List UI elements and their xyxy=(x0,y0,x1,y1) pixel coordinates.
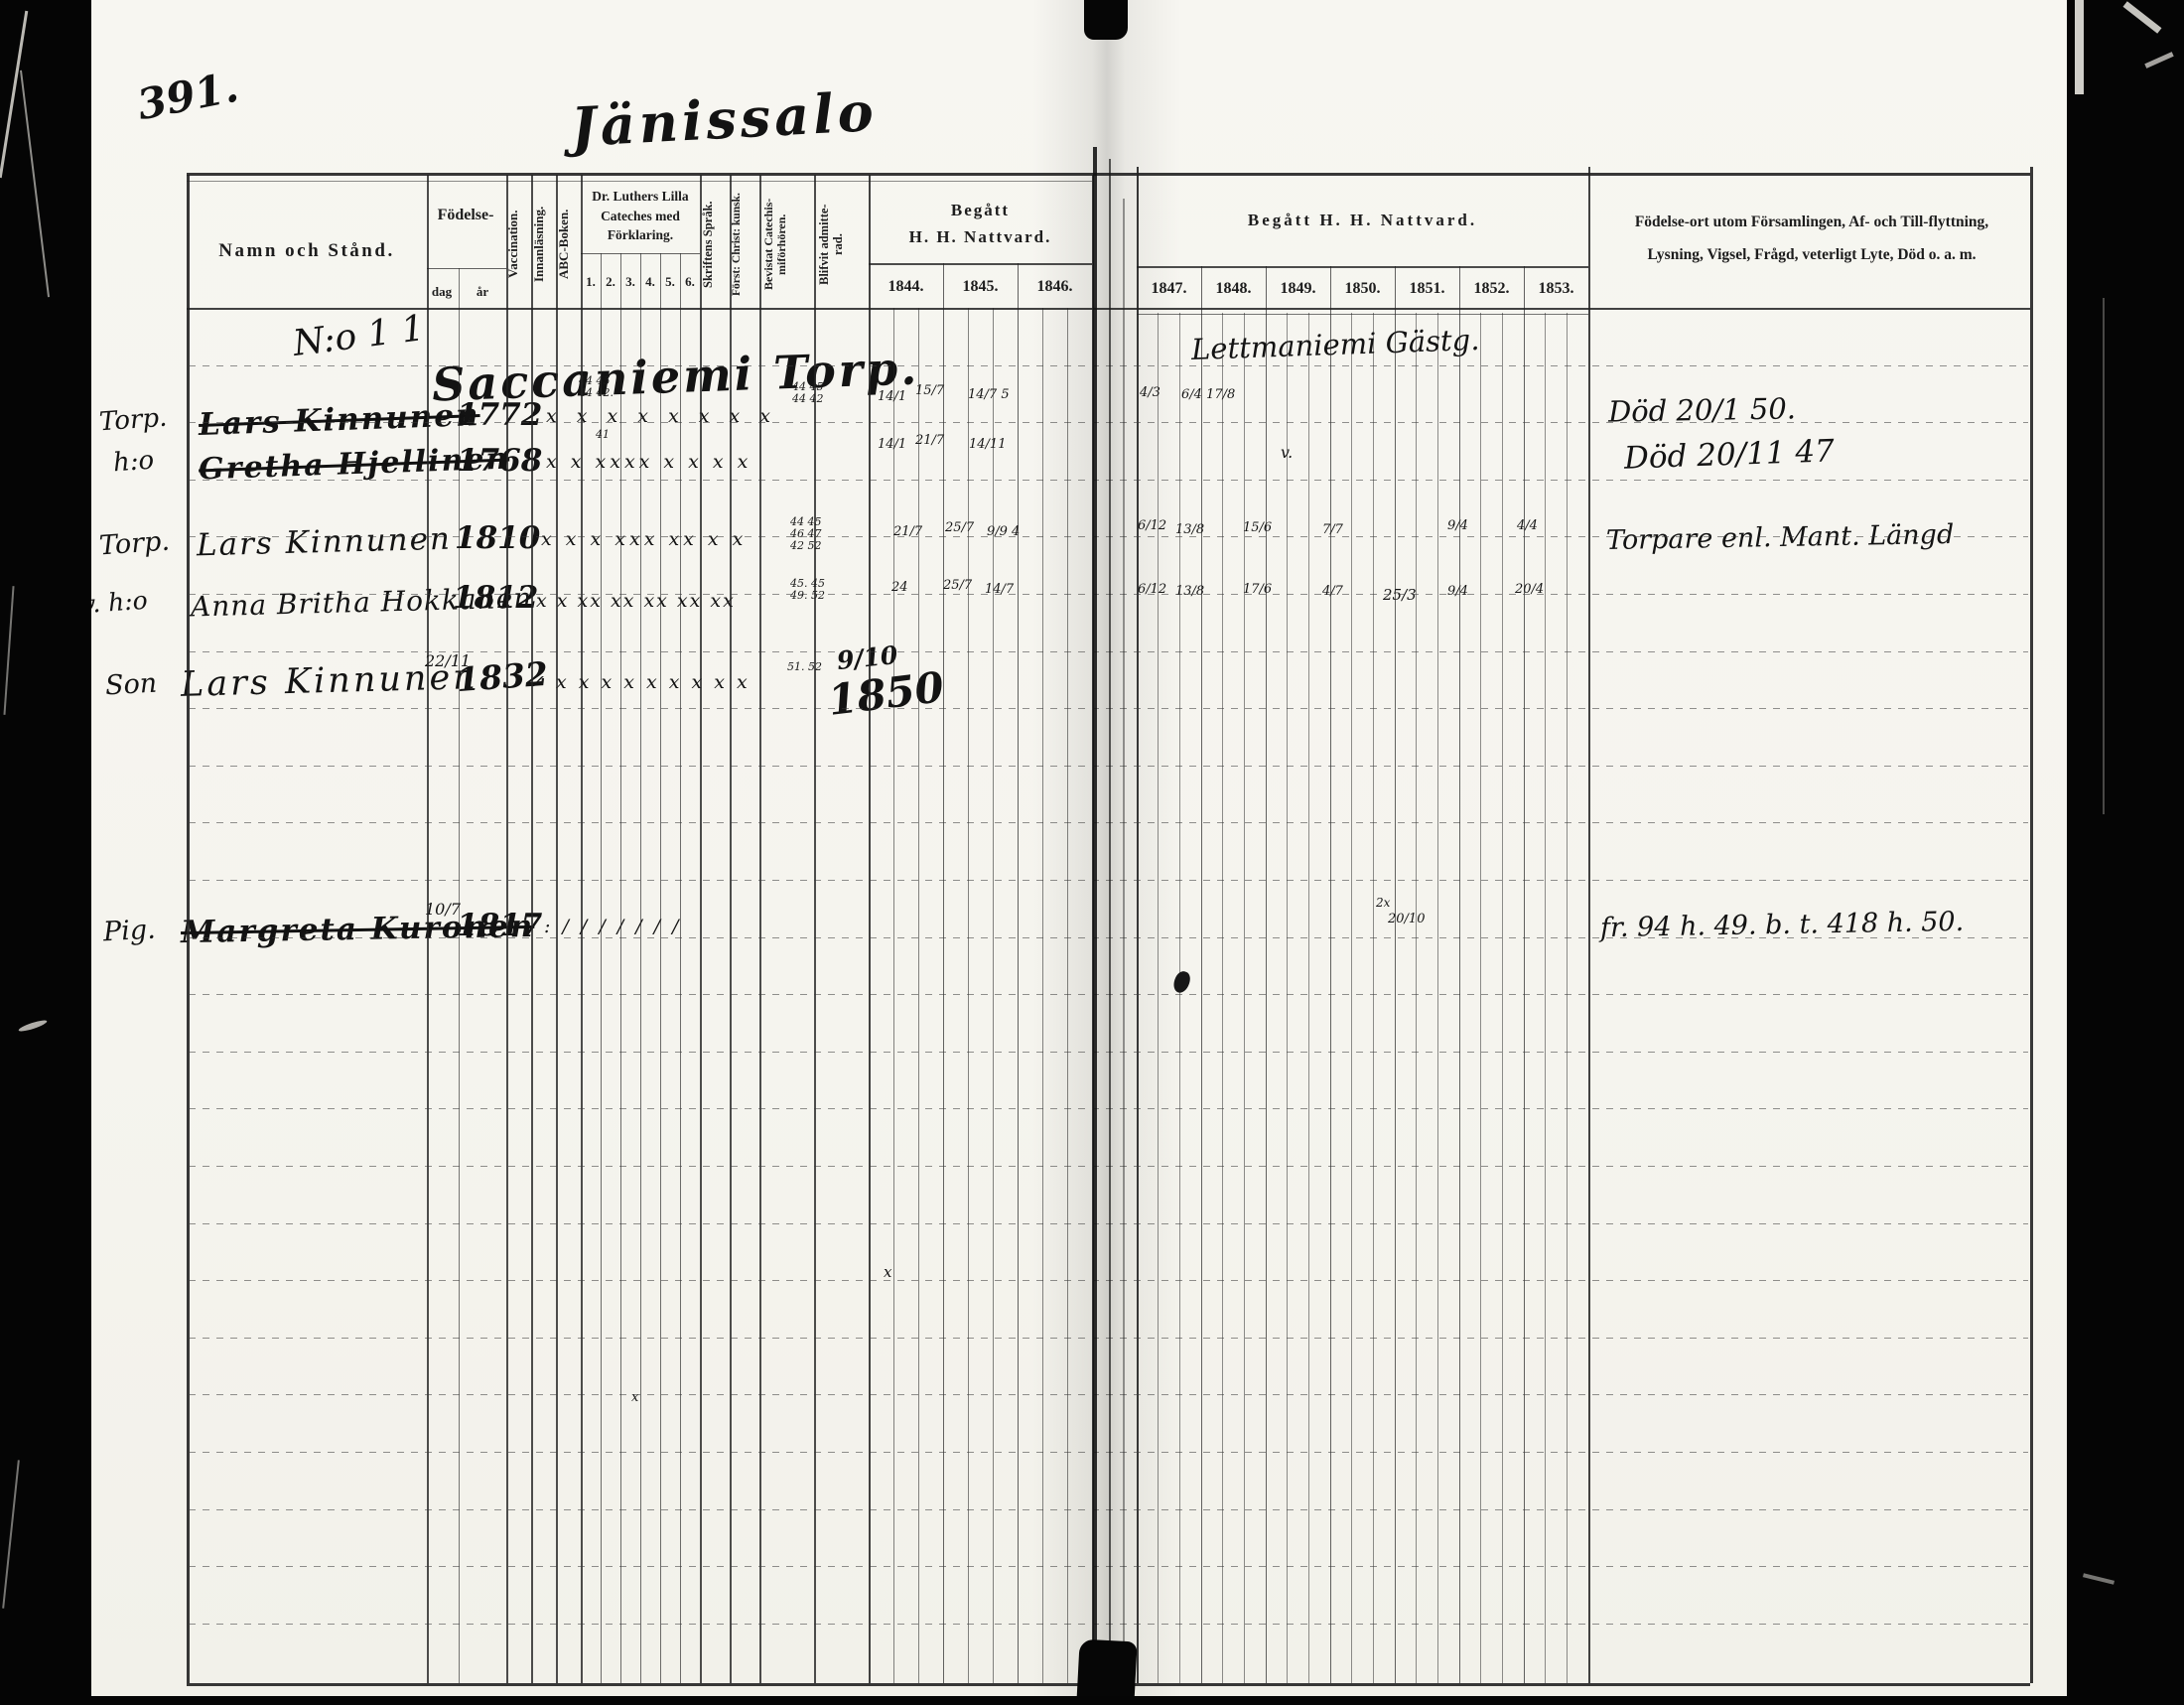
column-header-vaccination: Vaccination. xyxy=(506,183,530,306)
stray-mark: x xyxy=(884,1263,891,1281)
row3-reading-marks: x x x xxx xx x x xyxy=(541,528,747,550)
grid-vline xyxy=(814,175,816,1683)
row3-communion-1848b: 15/6 xyxy=(1243,520,1272,535)
scratch xyxy=(2075,0,2084,94)
grid-vline xyxy=(1179,313,1180,1683)
catechism-subcolumn-5: 5. xyxy=(660,274,680,290)
grid-hline xyxy=(1137,314,1588,315)
row2-note: Död 20/11 47 xyxy=(1623,433,1835,476)
grid-vline xyxy=(1545,313,1546,1683)
column-header-reading: Innanläsning. xyxy=(532,183,556,306)
row6-communion-1849: 2x xyxy=(1376,896,1390,910)
catechism-subcolumn-6: 6. xyxy=(680,274,700,290)
grid-vline xyxy=(869,175,871,1683)
row1-communion-1844b: 15/7 xyxy=(915,383,944,398)
row6-birth-day: 10/7 xyxy=(425,900,461,919)
grid-vline xyxy=(893,308,894,1683)
column-header-notes: Födelse-ort utom Församlingen, Af- och T… xyxy=(1600,207,2023,271)
column-header-birth-day: dag xyxy=(425,284,459,300)
row3-margin-title: Torp. xyxy=(98,526,171,562)
row1-exam-years: 44 45 44 42. xyxy=(579,375,614,399)
book-fold-shadow xyxy=(1032,0,1181,1705)
row3-communion-1845: 25/7 xyxy=(945,520,974,535)
catechism-subcolumn-2: 2. xyxy=(601,274,620,290)
row2-communion-1844: 14/1 xyxy=(878,437,906,452)
row1-communion-1844: 14/1 xyxy=(878,389,906,404)
row4-communion-1850: 4/7 xyxy=(1322,584,1343,599)
grid-vline xyxy=(993,308,994,1683)
catechism-subcolumn-3: 3. xyxy=(620,274,640,290)
grid-vline xyxy=(2030,167,2033,1683)
scanned-parish-register: 391. Jänissalo Namn och Stånd. Födelse- … xyxy=(0,0,2184,1705)
grid-vline xyxy=(601,253,602,1683)
grid-vline xyxy=(1018,263,1019,1683)
grid-vline xyxy=(1416,313,1417,1683)
row2-communion-1845: 14/11 xyxy=(969,437,1006,452)
grid-vline xyxy=(1351,313,1352,1683)
grid-vline xyxy=(1567,313,1568,1683)
grid-hline xyxy=(1137,266,1588,268)
column-header-communion-right: Begått H. H. Nattvard. xyxy=(1137,211,1588,230)
scan-margin-right xyxy=(2067,0,2184,1705)
column-header-attended-examinations: Bevistat Catechis- miförhören. xyxy=(762,181,810,308)
row5-margin-title: Son xyxy=(104,668,158,702)
grid-vline xyxy=(918,308,919,1683)
year-header-1847: 1847. xyxy=(1137,280,1201,298)
row4-communion-1851: 25/3 xyxy=(1383,586,1417,604)
column-header-catechism: Dr. Luthers Lilla Cateches med Förklarin… xyxy=(581,187,700,245)
grid-vline xyxy=(1373,313,1374,1683)
book-fold-line-2 xyxy=(1109,159,1111,1705)
row1-margin-title: Torp. xyxy=(98,403,168,438)
row2-communion-1844b: 21/7 xyxy=(915,433,944,448)
grid-vline xyxy=(1480,313,1481,1683)
row1-communion-1845: 14/7 5 xyxy=(968,387,1010,402)
grid-vline xyxy=(1502,313,1503,1683)
grid-vline xyxy=(1588,167,1590,1683)
grid-vline xyxy=(1222,313,1223,1683)
row3-communion-1853: 4/4 xyxy=(1517,518,1538,533)
year-header-1846: 1846. xyxy=(1018,278,1092,296)
row4-exam-years: 45. 45 49. 52 xyxy=(790,578,825,602)
year-header-1852: 1852. xyxy=(1459,280,1524,298)
year-header-1851: 1851. xyxy=(1395,280,1459,298)
grid-vline xyxy=(759,175,761,1683)
year-header-1850: 1850. xyxy=(1330,280,1395,298)
row2-exam-years: 41 xyxy=(596,429,610,441)
grid-vline xyxy=(640,253,641,1683)
grid-vline xyxy=(680,253,681,1683)
year-header-1844: 1844. xyxy=(869,278,943,296)
column-header-scripture-language: Skriftens Språk. xyxy=(702,181,728,308)
column-header-communion-left: Begått H. H. Nattvard. xyxy=(869,197,1092,250)
grid-vline xyxy=(620,253,621,1683)
grid-vline xyxy=(660,253,661,1683)
grid-vline xyxy=(968,308,969,1683)
book-fold-top-blot xyxy=(1084,0,1128,40)
year-header-1845: 1845. xyxy=(943,278,1018,296)
grid-vline xyxy=(506,175,508,1683)
column-header-christian-knowledge: Först: Christ: kunsk. xyxy=(731,179,756,310)
row2-reading-marks: x x xxxx x x x x xyxy=(546,451,751,473)
grid-vline xyxy=(1137,167,1139,1683)
row3-name: Lars Kinnunen xyxy=(197,521,453,564)
book-fold-line xyxy=(1093,147,1097,1705)
row5-reading-marks: ✓ x x x x x x x x x xyxy=(528,671,751,693)
row3-communion-1847: 6/12 xyxy=(1138,518,1166,533)
grid-hline xyxy=(581,253,700,254)
row1-birth-year: 1772 xyxy=(457,397,542,433)
year-header-1849: 1849. xyxy=(1266,280,1330,298)
row6-communion-1849b: 20/10 xyxy=(1388,912,1425,926)
column-header-abc-book: ABC-Boken. xyxy=(557,183,581,306)
column-header-birth-year: år xyxy=(461,284,504,300)
column-header-admitted: Blifvit admitte- rad. xyxy=(818,181,866,308)
grid-vline xyxy=(1158,313,1159,1683)
stray-mark-2: x xyxy=(631,1390,638,1405)
grid-vline xyxy=(427,175,429,1683)
scan-margin-bottom xyxy=(0,1696,2184,1705)
grid-vline xyxy=(1287,313,1288,1683)
row3-exam-years: 44 45 46 47 42 52 xyxy=(790,516,822,552)
catechism-subcolumn-4: 4. xyxy=(640,274,660,290)
book-fold-line-3 xyxy=(1123,199,1125,1688)
grid-vline xyxy=(700,175,702,1683)
grid-hline xyxy=(427,268,506,269)
row6-margin-title: Pig. xyxy=(102,915,156,948)
row4-communion-1852: 9/4 xyxy=(1447,584,1468,599)
grid-vline xyxy=(1244,313,1245,1683)
grid-hline xyxy=(869,263,1092,265)
row3-note: Torpare enl. Mant. Längd xyxy=(1606,519,1955,556)
column-header-name: Namn och Stånd. xyxy=(195,240,419,262)
grid-vline xyxy=(531,175,533,1683)
catechism-subcolumn-1: 1. xyxy=(581,274,601,290)
row1-exam-years-2: 44 45 44 42 xyxy=(792,381,824,405)
grid-vline xyxy=(943,263,944,1683)
column-header-birth: Födelse- xyxy=(425,207,506,224)
grid-vline xyxy=(1042,308,1043,1683)
grid-vline xyxy=(1308,313,1309,1683)
grid-vline xyxy=(581,175,583,1683)
grid-vline xyxy=(1437,313,1438,1683)
row4-birth-year: 1812 xyxy=(453,580,538,616)
row2-birth-year: 1768 xyxy=(457,443,542,479)
row2-margin-title: h:o xyxy=(112,446,155,479)
row5-exam-years: 51. 52 xyxy=(787,661,822,673)
row6-birth-year: 1817 xyxy=(457,908,542,943)
grid-vline xyxy=(1067,308,1068,1683)
grid-hline xyxy=(187,181,1092,182)
row3-communion-1852: 9/4 xyxy=(1447,518,1468,533)
year-header-1848: 1848. xyxy=(1201,280,1266,298)
grid-vline xyxy=(730,175,732,1683)
scratch xyxy=(2103,298,2105,814)
row3-birth-year: 1810 xyxy=(455,520,540,556)
row3-communion-1850: 7/7 xyxy=(1322,522,1343,537)
scan-margin-left xyxy=(0,0,91,1705)
grid-vline xyxy=(556,175,558,1683)
year-header-1853: 1853. xyxy=(1524,280,1588,298)
grid-vline xyxy=(187,175,190,1683)
row1-communion-1847b: 6/4 17/8 xyxy=(1181,387,1235,402)
